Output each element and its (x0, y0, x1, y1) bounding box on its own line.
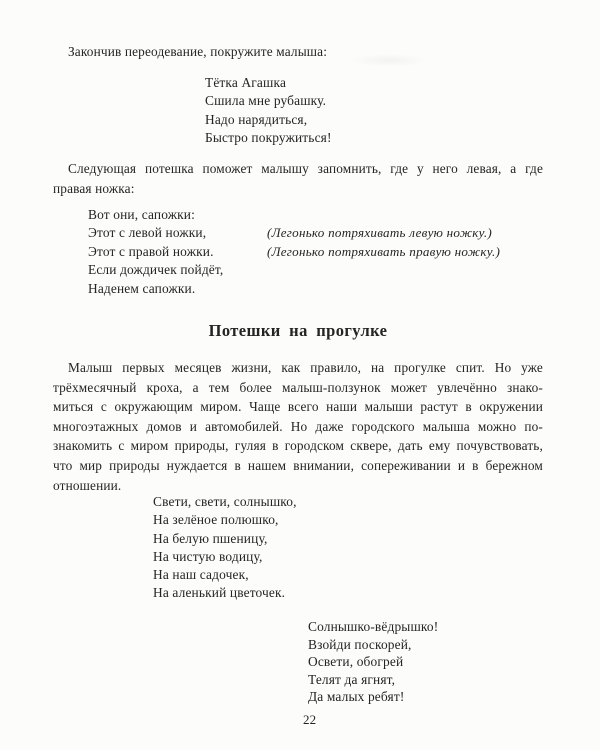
verse-line: Солнышко-вёдрышко! (308, 618, 438, 636)
verse-line-with-note: Вот они, сапожки: (88, 206, 500, 224)
paragraph-line: Малыш первых месяцев жизни, как правило,… (53, 358, 543, 378)
verse-line: Тётка Агашка (205, 74, 332, 92)
paragraph-line: трёхмесячный кроха, а тем более малыш-по… (53, 378, 543, 398)
paragraph-line: знакомить с миром природы, гуляя в город… (53, 436, 543, 456)
verse-line: Свети, свети, солнышко, (153, 493, 297, 511)
verse-line: Сшила мне рубашку. (205, 92, 332, 110)
book-page: Закончив переодевание, покружите малыша:… (0, 0, 600, 750)
paragraph-line: Следующая потешка поможет малышу запомни… (53, 159, 543, 179)
verse-line-text: Наденем сапожки. (88, 280, 267, 298)
section-heading: Потешки на прогулке (53, 321, 543, 341)
verse-line-text: Этот с правой ножки. (88, 243, 267, 261)
action-note: (Легонько потряхивать правую ножку.) (267, 243, 500, 261)
verse-line: На белую пшеницу, (153, 530, 297, 548)
intro-paragraph: Закончив переодевание, покружите малыша: (53, 42, 543, 62)
paragraph-line: правая ножка: (53, 179, 543, 199)
verse-line: На наш садочек, (153, 566, 297, 584)
verse-line-text: Вот они, сапожки: (88, 206, 267, 224)
verse-line-with-note: Этот с правой ножки. (Легонько потряхива… (88, 243, 500, 261)
verse-line-text: Этот с левой ножки, (88, 224, 267, 242)
paragraph-walk: Малыш первых месяцев жизни, как правило,… (53, 358, 543, 495)
verse-line-with-note: Наденем сапожки. (88, 280, 500, 298)
paragraph-line: миться с окружающим миром. Чаще всего на… (53, 397, 543, 417)
verse-sun-vedryshko: Солнышко-вёдрышко! Взойди поскорей, Осве… (308, 618, 438, 706)
paragraph-line: многоэтажных домов и автомобилей. Но даж… (53, 417, 543, 437)
verse-line: На аленький цветочек. (153, 584, 297, 602)
verse-line: Быстро покружиться! (205, 129, 332, 147)
verse-boots: Вот они, сапожки: Этот с левой ножки, (Л… (88, 206, 500, 298)
verse-line-with-note: Если дождичек пойдёт, (88, 261, 500, 279)
verse-line: Телят да ягнят, (308, 671, 438, 689)
verse-line: Взойди поскорей, (308, 636, 438, 654)
paragraph-line: что мир природы нуждается в нашем вниман… (53, 456, 543, 476)
verse-line: На чистую водицу, (153, 548, 297, 566)
verse-line: Надо нарядиться, (205, 111, 332, 129)
paragraph-feet: Следующая потешка поможет малышу запомни… (53, 159, 543, 198)
action-note: (Легонько потряхивать левую ножку.) (267, 224, 492, 242)
verse-line: Да малых ребят! (308, 688, 438, 706)
verse-line: Освети, обогрей (308, 653, 438, 671)
verse-sun: Свети, свети, солнышко, На зелёное полюш… (153, 493, 297, 603)
verse-line-with-note: Этот с левой ножки, (Легонько потряхиват… (88, 224, 500, 242)
paragraph-line: отношении. (53, 476, 543, 496)
verse-line: На зелёное полюшко, (153, 511, 297, 529)
page-number: 22 (303, 712, 316, 728)
verse-dressing: Тётка Агашка Сшила мне рубашку. Надо нар… (205, 74, 332, 148)
verse-line-text: Если дождичек пойдёт, (88, 261, 267, 279)
